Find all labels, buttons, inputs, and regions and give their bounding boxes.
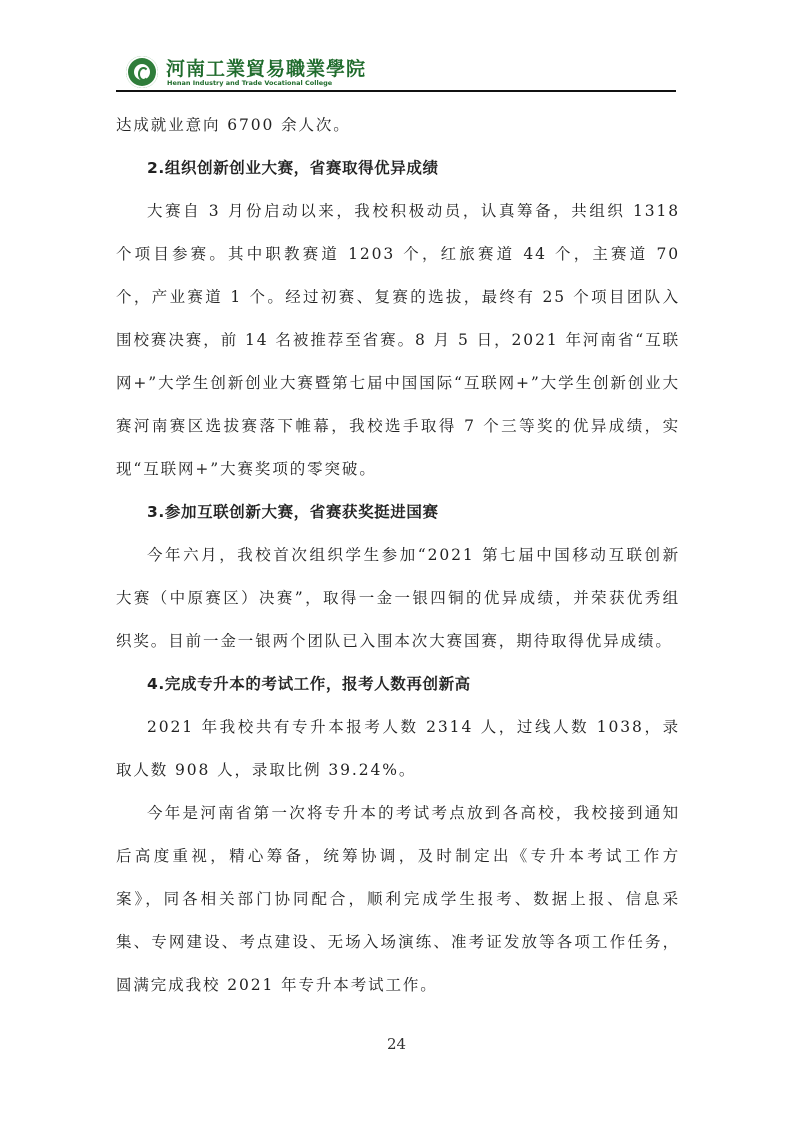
paragraph-continuation: 达成就业意向 6700 余人次。 xyxy=(116,104,680,147)
page-header: 河南工業貿易職業學院 Henan Industry and Trade Voca… xyxy=(116,54,676,94)
page-number: 24 xyxy=(0,1035,793,1053)
document-body: 达成就业意向 6700 余人次。 2.组织创新创业大赛，省赛取得优异成绩 大赛自… xyxy=(116,104,680,1007)
college-emblem-icon xyxy=(126,56,158,88)
section-heading-3: 3.参加互联创新大赛，省赛获奖挺进国赛 xyxy=(116,491,680,534)
college-name-cn: 河南工業貿易職業學院 xyxy=(166,54,366,81)
section-heading-4: 4.完成专升本的考试工作，报考人数再创新高 xyxy=(116,663,680,706)
paragraph-innovation-contest: 大赛自 3 月份启动以来，我校积极动员，认真筹备，共组织 1318 个项目参赛。… xyxy=(116,190,680,491)
paragraph-exam-statistics: 2021 年我校共有专升本报考人数 2314 人，过线人数 1038，录取人数 … xyxy=(116,706,680,792)
paragraph-mobile-internet-contest: 今年六月，我校首次组织学生参加“2021 第七届中国移动互联创新大赛（中原赛区）… xyxy=(116,534,680,663)
college-name-en: Henan Industry and Trade Vocational Coll… xyxy=(167,79,332,87)
header-divider xyxy=(116,90,676,92)
paragraph-exam-organization: 今年是河南省第一次将专升本的考试考点放到各高校，我校接到通知后高度重视，精心筹备… xyxy=(116,792,680,1007)
section-heading-2: 2.组织创新创业大赛，省赛取得优异成绩 xyxy=(116,147,680,190)
emblem-center xyxy=(134,64,150,80)
